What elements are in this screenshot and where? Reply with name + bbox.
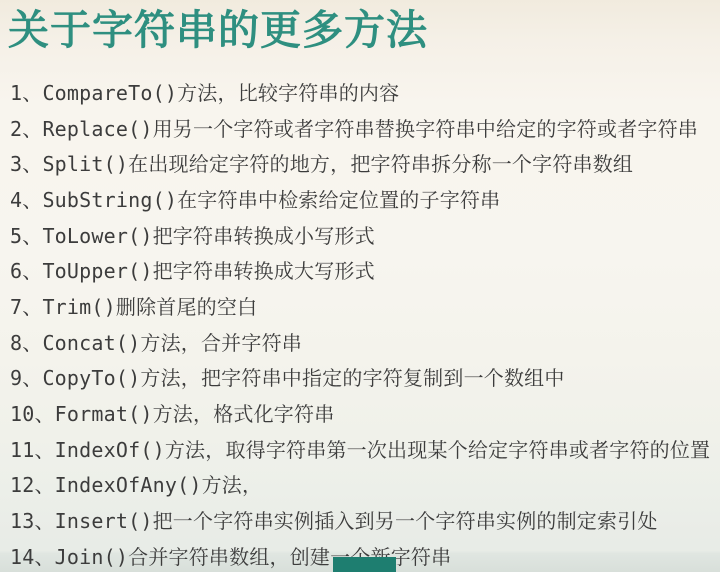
list-item: 4、SubString()在字符串中检索给定位置的子字符串 xyxy=(10,183,716,219)
slide: 关于字符串的更多方法 1、CompareTo()方法，比较字符串的内容2、Rep… xyxy=(0,0,720,572)
list-item: 9、CopyTo()方法，把字符串中指定的字符复制到一个数组中 xyxy=(10,361,716,397)
page-title: 关于字符串的更多方法 xyxy=(8,6,712,55)
list-item: 6、ToUpper()把字符串转换成大写形式 xyxy=(10,254,716,290)
accent-bar xyxy=(333,557,396,572)
list-item: 7、Trim()删除首尾的空白 xyxy=(10,290,716,326)
list-item: 5、ToLower()把字符串转换成小写形式 xyxy=(10,219,716,255)
list-item: 1、CompareTo()方法，比较字符串的内容 xyxy=(10,76,716,112)
method-list: 1、CompareTo()方法，比较字符串的内容2、Replace()用另一个字… xyxy=(10,76,716,572)
list-item: 3、Split()在出现给定字符的地方，把字符串拆分称一个字符串数组 xyxy=(10,147,716,183)
list-item: 8、Concat()方法，合并字符串 xyxy=(10,326,716,362)
list-item: 11、IndexOf()方法，取得字符串第一次出现某个给定字符串或者字符的位置 xyxy=(10,433,716,469)
list-item: 10、Format()方法，格式化字符串 xyxy=(10,397,716,433)
list-item: 12、IndexOfAny()方法， xyxy=(10,468,716,504)
list-item: 13、Insert()把一个字符串实例插入到另一个字符串实例的制定索引处 xyxy=(10,504,716,540)
list-item: 2、Replace()用另一个字符或者字符串替换字符串中给定的字符或者字符串 xyxy=(10,112,716,148)
